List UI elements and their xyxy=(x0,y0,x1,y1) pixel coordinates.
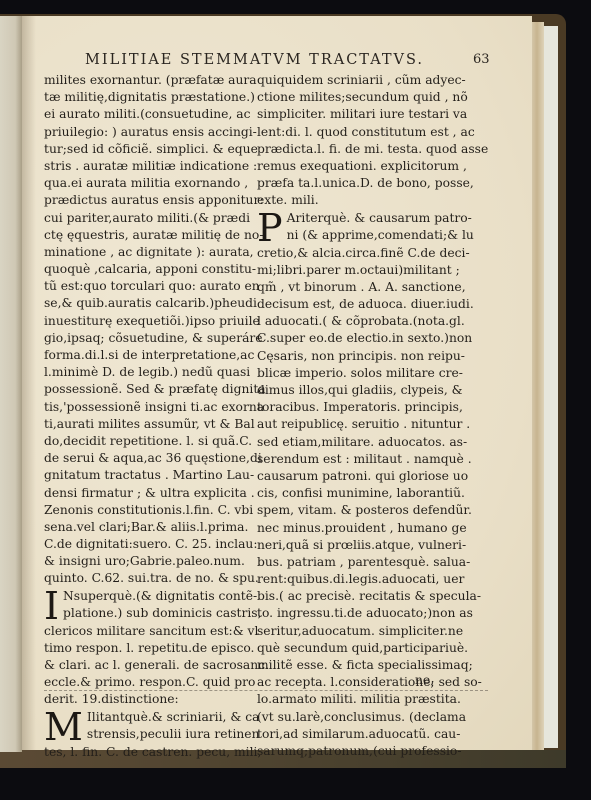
text-line: què secundum quid,participariuè. xyxy=(257,640,467,657)
text-line: priuilegio: ) auratus ensis accingi- xyxy=(44,124,254,141)
text-line: ni (& apprime,comendati;& lu xyxy=(257,227,467,244)
text-line: gnitatum tractatus . Martino Lau- xyxy=(44,467,254,484)
text-line: spem, vitam. & posteros defendũr. xyxy=(257,502,467,519)
text-line: causarum patroni. qui gloriose uo xyxy=(257,468,467,485)
text-line: C.super eo.de electio.in sexto.)non xyxy=(257,330,467,347)
page-fore-edge xyxy=(544,26,558,748)
text-line: simpliciter. militari iure testari va xyxy=(257,106,467,123)
text-line: serendum est : militaut . namquè . xyxy=(257,451,467,468)
text-line: sed etiam,militare. aduocatos. as- xyxy=(257,434,467,451)
text-line: Ariterquè. & causarum patro- xyxy=(257,210,467,227)
text-line: aut reipublicę. seruitio . nituntur . xyxy=(257,416,467,433)
text-line: ac recepta. l.consideratione; sed so- xyxy=(257,674,467,691)
text-line: de serui & aqua,ac 36 quęstione,di xyxy=(44,450,254,467)
bottom-rule xyxy=(44,690,488,692)
text-line: & insigni uro;Gabrie.paleo.num. xyxy=(44,553,254,570)
text-line: bus. patriam , parentesquè. salua- xyxy=(257,554,467,571)
text-line: do,decidit repetitione. l. si quã.C. xyxy=(44,433,254,450)
text-line: remus exequationi. explicitorum , xyxy=(257,158,467,175)
text-line: dimus illos,qui gladiis, clypeis, & xyxy=(257,382,467,399)
drop-cap-initial: P xyxy=(257,211,283,245)
text-line: ei aurato militi.(consuetudine, ac xyxy=(44,106,254,123)
text-line: neri,quã si prœliis.atque, vulneri- xyxy=(257,537,467,554)
text-line: minatione , ac dignitate ): aurata, xyxy=(44,244,254,261)
text-line: tur;sed id cõficiẽ. simplici. & eque xyxy=(44,141,254,158)
text-line: cis, confisi munimine, laborantiũ. xyxy=(257,485,467,502)
paragraph-with-initial: PAriterquè. & causarum patro-ni (& appri… xyxy=(257,210,467,761)
text-line: toracibus. Imperatoris. principis, xyxy=(257,399,467,416)
text-line: rent:quibus.di.legis.aduocati, uer xyxy=(257,571,467,588)
text-line: exte. mili. xyxy=(257,192,467,209)
text-line: prædicta.l. fi. de mi. testa. quod asse xyxy=(257,141,467,158)
text-line: lo.armato militi. militia præstita. xyxy=(257,691,467,708)
catchword: ne, xyxy=(415,673,434,687)
text-line: C.de dignitati:suero. C. 25. inclau: xyxy=(44,536,254,553)
text-line: l.minimè D. de legib.) nedũ quasi xyxy=(44,364,254,381)
text-line: tori,ad similarum.aduocatũ. cau- xyxy=(257,726,467,743)
text-line: nec minus.prouident , humano ge xyxy=(257,520,467,537)
text-line: Nsuperquè.(& dignitatis contẽ- xyxy=(44,588,254,605)
text-line: l aduocati.( & cõprobata.(nota.gl. xyxy=(257,313,467,330)
text-line: sarumq;patronum,(cui professio- xyxy=(257,743,467,760)
text-line: inuestiturę exequetiõi.)ipso priuile xyxy=(44,313,254,330)
text-line: ti,aurati milites assumũr, vt & Bal xyxy=(44,416,254,433)
text-line: blicæ imperio. solos militare cre- xyxy=(257,365,467,382)
facing-page-edge xyxy=(0,16,22,752)
text-line: timo respon. l. repetitu.de episco. xyxy=(44,640,254,657)
text-line: cui pariter,aurato militi.(& prædi xyxy=(44,210,254,227)
text-line: mi;libri.parer m.octaui)militant ; xyxy=(257,262,467,279)
text-line: se,& quib.auratis calcarib.)pheudi xyxy=(44,295,254,312)
text-line: & clari. ac l. generali. de sacrosanc. xyxy=(44,657,254,674)
text-line: lent:di. l. quod constitutum est , ac xyxy=(257,124,467,141)
left-text-column: milites exornantur. (præfatæ auratæ mili… xyxy=(44,72,254,761)
text-line: quiquidem scriniarii , cũm adyec- xyxy=(257,72,467,89)
text-line: ctione milites;secundum quid , nõ xyxy=(257,89,467,106)
text-line: clericos militare sancitum est:& vl xyxy=(44,623,254,640)
text-line: forma.di.l.si de interpretatione,ac xyxy=(44,347,254,364)
right-text-column: quiquidem scriniarii , cũm adyec-ctione … xyxy=(257,72,467,760)
text-line: tæ militię,dignitatis præstatione.) xyxy=(44,89,254,106)
text-line: (vt su.larè,conclusimus. (declama xyxy=(257,709,467,726)
text-line: militẽ esse. & ficta specialissimaq; xyxy=(257,657,467,674)
text-line: quinto. C.62. sui.tra. de no. & spu. xyxy=(44,570,254,587)
text-line: prædictus auratus ensis apponitur: xyxy=(44,192,254,209)
text-line: to. ingressu.ti.de aduocato;)non as xyxy=(257,605,467,622)
text-line: Cęsaris, non principis. non reipu- xyxy=(257,348,467,365)
text-line: sena.vel clari;Bar.& aliis.l.prima. xyxy=(44,519,254,536)
drop-cap-initial: I xyxy=(44,589,59,623)
text-line: stris . auratæ militiæ indicatione : xyxy=(44,158,254,175)
text-line: Zenonis constitutionis.l.fin. C. vbi xyxy=(44,502,254,519)
text-line: cretio,& alcia.circa.finẽ C.de deci- xyxy=(257,245,467,262)
text-line: præfa ta.l.unica.D. de bono, posse, xyxy=(257,175,467,192)
gutter-shadow xyxy=(22,16,36,750)
running-head: MILITIAE STEMMATVM TRACTATVS. 63 xyxy=(85,52,545,68)
text-line: ctę ęquestris, auratæ militię de no- xyxy=(44,227,254,244)
page-number: 63 xyxy=(473,52,490,67)
running-head-title: MILITIAE STEMMATVM TRACTATVS. xyxy=(85,52,424,68)
paragraph-with-initial: MIlitantquè.& scriniarii, & castrensis,p… xyxy=(44,709,254,761)
text-line: densi firmatur ; & ultra explicita . xyxy=(44,485,254,502)
text-line: qua.ei aurata militia exornando , xyxy=(44,175,254,192)
text-line: decisum est, de aduoca. diuer.iudi. xyxy=(257,296,467,313)
text-line: possessionẽ. Sed & præfatę dignita xyxy=(44,381,254,398)
text-line: gio,ipsaq; cõsuetudine, & superáre xyxy=(44,330,254,347)
text-line: seritur,aduocatum. simpliciter.ne xyxy=(257,623,467,640)
drop-cap-initial: M xyxy=(44,710,83,744)
text-line: tis,'possessionẽ insigni ti.ac exorna xyxy=(44,399,254,416)
text-line: tes, l. fin. C. de castren. pecu, mili, xyxy=(44,744,254,761)
text-line: eccle.& primo. respon.C. quid pro xyxy=(44,674,254,691)
text-line: qm̃ , vt binorum . A. A. sanctione, xyxy=(257,279,467,296)
text-line: quoquè ,calcaria, apponi constitu- xyxy=(44,261,254,278)
page-stack-edge xyxy=(530,22,544,750)
text-line: bis.( ac precisè. recitatis & specula- xyxy=(257,588,467,605)
text-line: tũ est:quo torculari quo: aurato en xyxy=(44,278,254,295)
text-line: milites exornantur. (præfatæ aura xyxy=(44,72,254,89)
text-line: platione.) sub dominicis castris, xyxy=(44,605,254,622)
